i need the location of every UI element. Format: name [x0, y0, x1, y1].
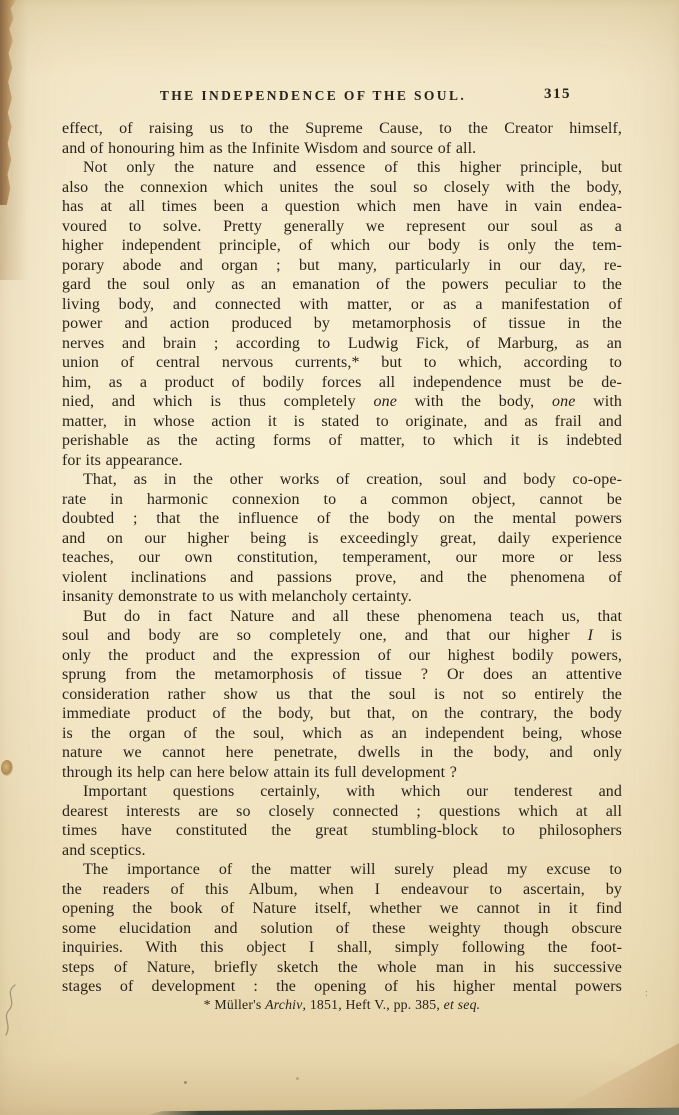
text-line: union of central nervous currents,* but … — [62, 353, 622, 373]
text-line: nerves and brain ; according to Ludwig F… — [62, 334, 622, 354]
running-header: THE INDEPENDENCE OF THE SOUL. — [62, 88, 622, 104]
text-line: soul and body are so completely one, and… — [62, 626, 622, 646]
text-line: higher independent principle, of which o… — [62, 236, 622, 256]
text-line: immediate product of the body, but that,… — [62, 704, 622, 724]
ink-speck — [296, 1077, 299, 1080]
text-line: inquiries. With this object I shall, sim… — [62, 938, 622, 958]
text-line: stages of development : the opening of h… — [62, 977, 622, 997]
marginal-mark: : — [645, 988, 649, 999]
text-line: effect, of raising us to the Supreme Cau… — [62, 119, 622, 139]
text-line: doubted ; that the influence of the body… — [62, 509, 622, 529]
text-line: opening the book of Nature itself, wheth… — [62, 899, 622, 919]
text-line: and sceptics. — [62, 841, 622, 861]
footnote: * Müller's Archiv, 1851, Heft V., pp. 38… — [62, 997, 622, 1013]
text-line: The importance of the matter will surely… — [62, 860, 622, 880]
text-line: rate in harmonic connexion to a common o… — [62, 490, 622, 510]
text-line: porary abode and organ ; but many, parti… — [62, 256, 622, 276]
text-line: is the organ of the soul, which as an in… — [62, 724, 622, 744]
text-line: power and action produced by metamorphos… — [62, 314, 622, 334]
text-line: teaches, our own constitution, temperame… — [62, 548, 622, 568]
text-line: also the connexion which unites the soul… — [62, 178, 622, 198]
text-line: only the product and the expression of o… — [62, 646, 622, 666]
text-line: sprung from the metamorphosis of tissue … — [62, 665, 622, 685]
text-line: violent inclinations and passions prove,… — [62, 568, 622, 588]
text-line: and of honouring him as the Infinite Wis… — [62, 139, 622, 159]
text-line: voured to solve. Pretty generally we rep… — [62, 217, 622, 237]
text-line: nied, and which is thus completely one w… — [62, 392, 622, 412]
text-line: him, as a product of bodily forces all i… — [62, 373, 622, 393]
page-header-title: THE INDEPENDENCE OF THE SOUL. — [160, 88, 466, 103]
ink-speck — [184, 1081, 187, 1084]
paper-stain — [1, 760, 13, 776]
text-line: living body, and connected with matter, … — [62, 295, 622, 315]
text-line: steps of Nature, briefly sketch the whol… — [62, 958, 622, 978]
text-line: the readers of this Album, when I endeav… — [62, 880, 622, 900]
text-line: matter, in whose action it is stated to … — [62, 412, 622, 432]
text-line: and on our higher being is exceedingly g… — [62, 529, 622, 549]
pen-squiggle — [0, 983, 24, 1039]
text-line: That, as in the other works of creation,… — [62, 470, 622, 490]
scanned-book-page: : THE INDEPENDENCE OF THE SOUL. 315 effe… — [0, 0, 679, 1115]
text-line: insanity demonstrate to us with melancho… — [62, 587, 622, 607]
text-line: dearest interests are so closely connect… — [62, 802, 622, 822]
text-line: Important questions certainly, with whic… — [62, 782, 622, 802]
page-number: 315 — [544, 86, 571, 103]
text-line: has at all times been a question which m… — [62, 197, 622, 217]
text-line: for its appearance. — [62, 451, 622, 471]
body-text: effect, of raising us to the Supreme Cau… — [62, 119, 622, 997]
text-line: perishable as the acting forms of matter… — [62, 431, 622, 451]
text-line: But do in fact Nature and all these phen… — [62, 607, 622, 627]
text-line: consideration rather show us that the so… — [62, 685, 622, 705]
text-line: gard the soul only as an emanation of th… — [62, 275, 622, 295]
text-line: Not only the nature and essence of this … — [62, 158, 622, 178]
text-line: nature we cannot here penetrate, dwells … — [62, 743, 622, 763]
text-line: some elucidation and solution of these w… — [62, 919, 622, 939]
text-line: through its help can here below attain i… — [62, 763, 622, 783]
text-line: times have constituted the great stumbli… — [62, 821, 622, 841]
